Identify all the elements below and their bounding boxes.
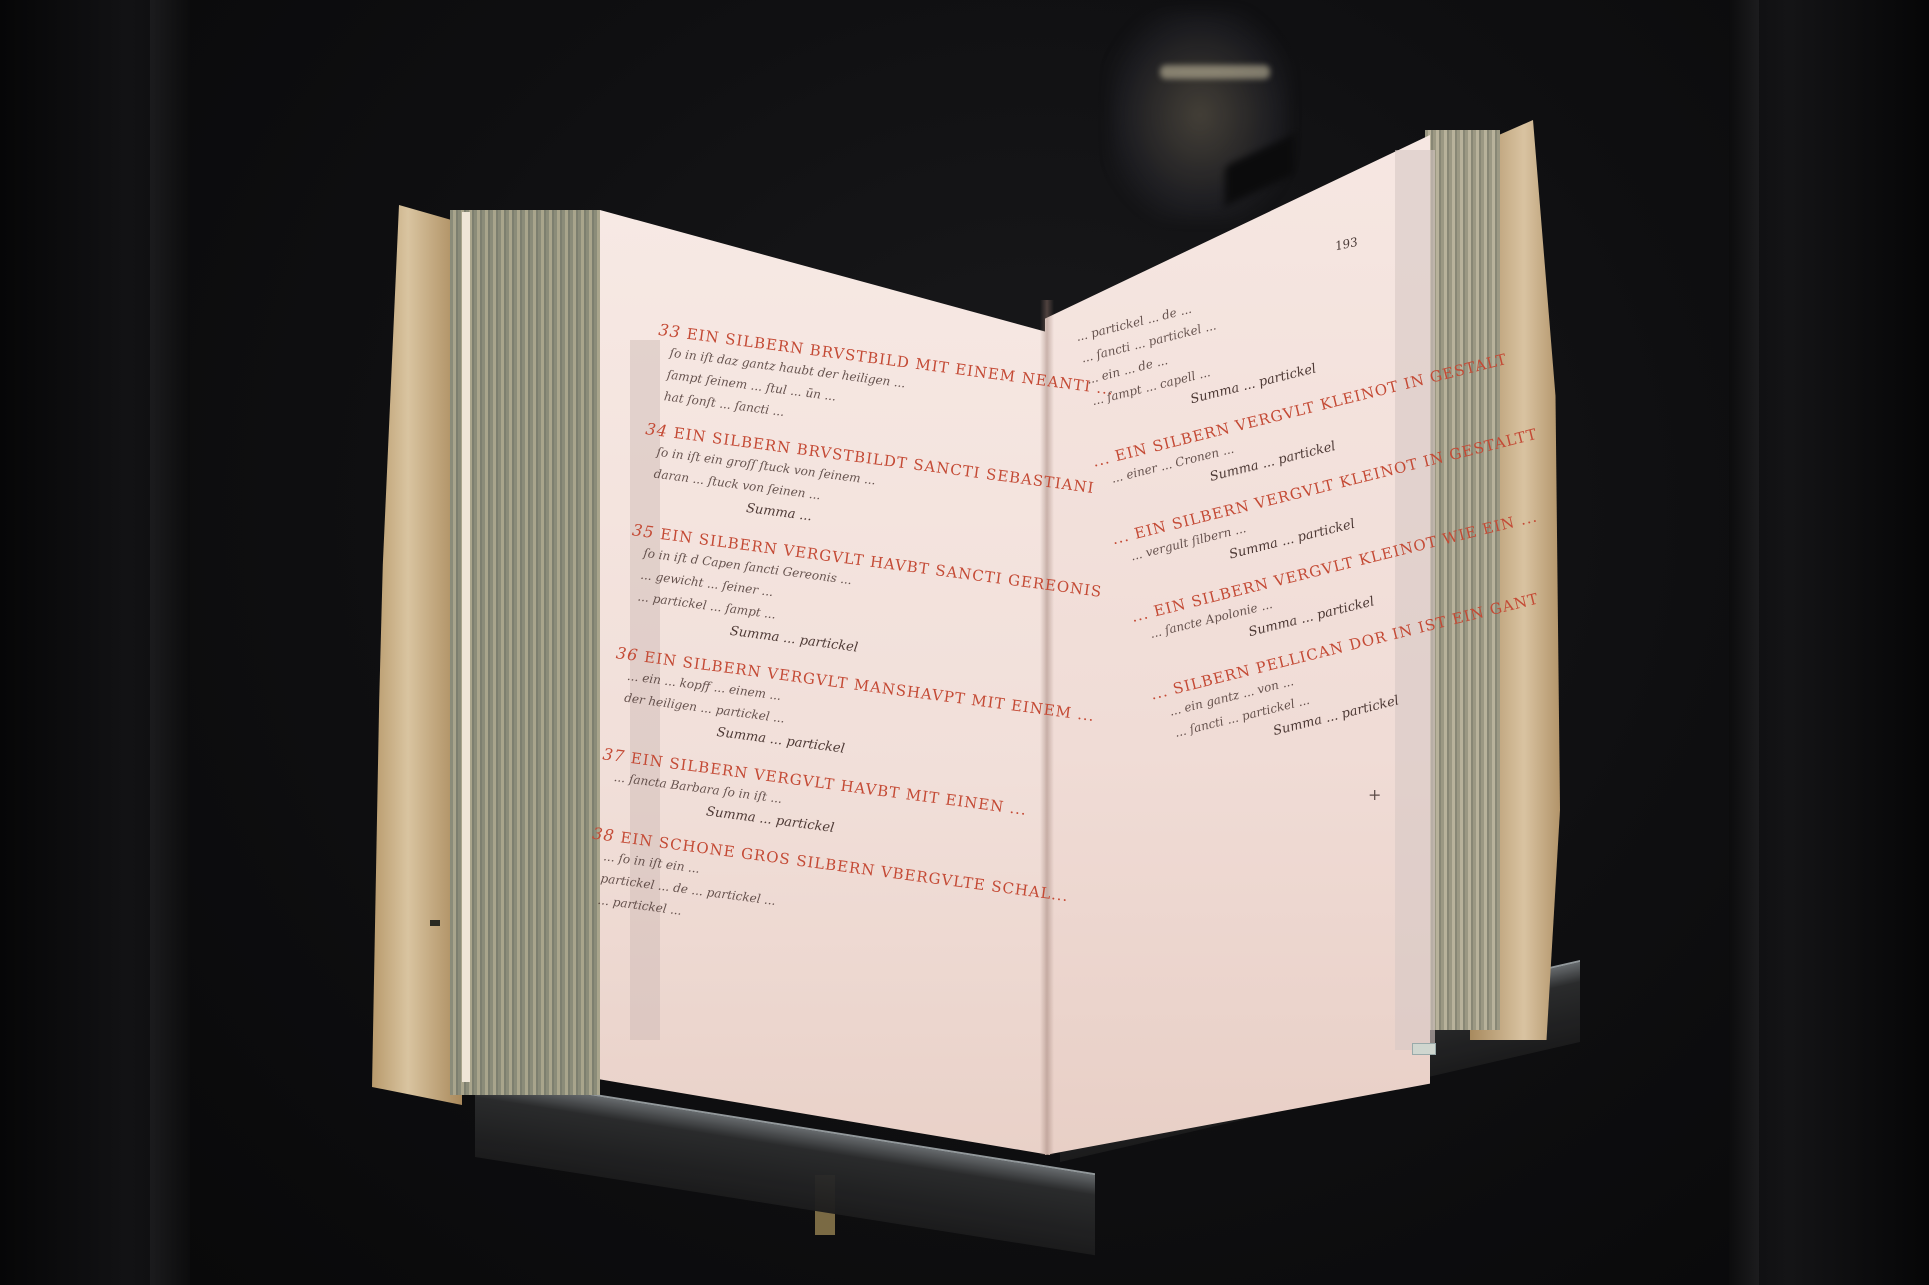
margin-cross-mark: +	[1368, 785, 1381, 804]
vitrine-right-frame	[1729, 0, 1759, 1285]
vitrine-left-frame	[150, 0, 190, 1285]
entry-number: 36	[615, 643, 640, 665]
left-page-text: 33EIN SILBERN BRVSTBILD MIT EINEM NEANTI…	[581, 320, 1047, 974]
book-left-page-edges	[450, 210, 600, 1095]
edge-mark	[430, 920, 440, 926]
book-right-page-edges	[1425, 130, 1500, 1030]
entry-number: 33	[658, 320, 683, 342]
entry-number: 34	[644, 419, 669, 441]
book-gutter	[1040, 300, 1054, 1155]
entry-number: 37	[602, 744, 627, 766]
entry-number: 35	[631, 520, 656, 542]
page-tab-marker	[1412, 1043, 1436, 1055]
glass-reflection-light	[1160, 65, 1270, 79]
vitrine-right-panel	[1729, 0, 1929, 1285]
book-left-endpaper	[462, 212, 470, 1082]
entry-number: 38	[591, 824, 616, 846]
